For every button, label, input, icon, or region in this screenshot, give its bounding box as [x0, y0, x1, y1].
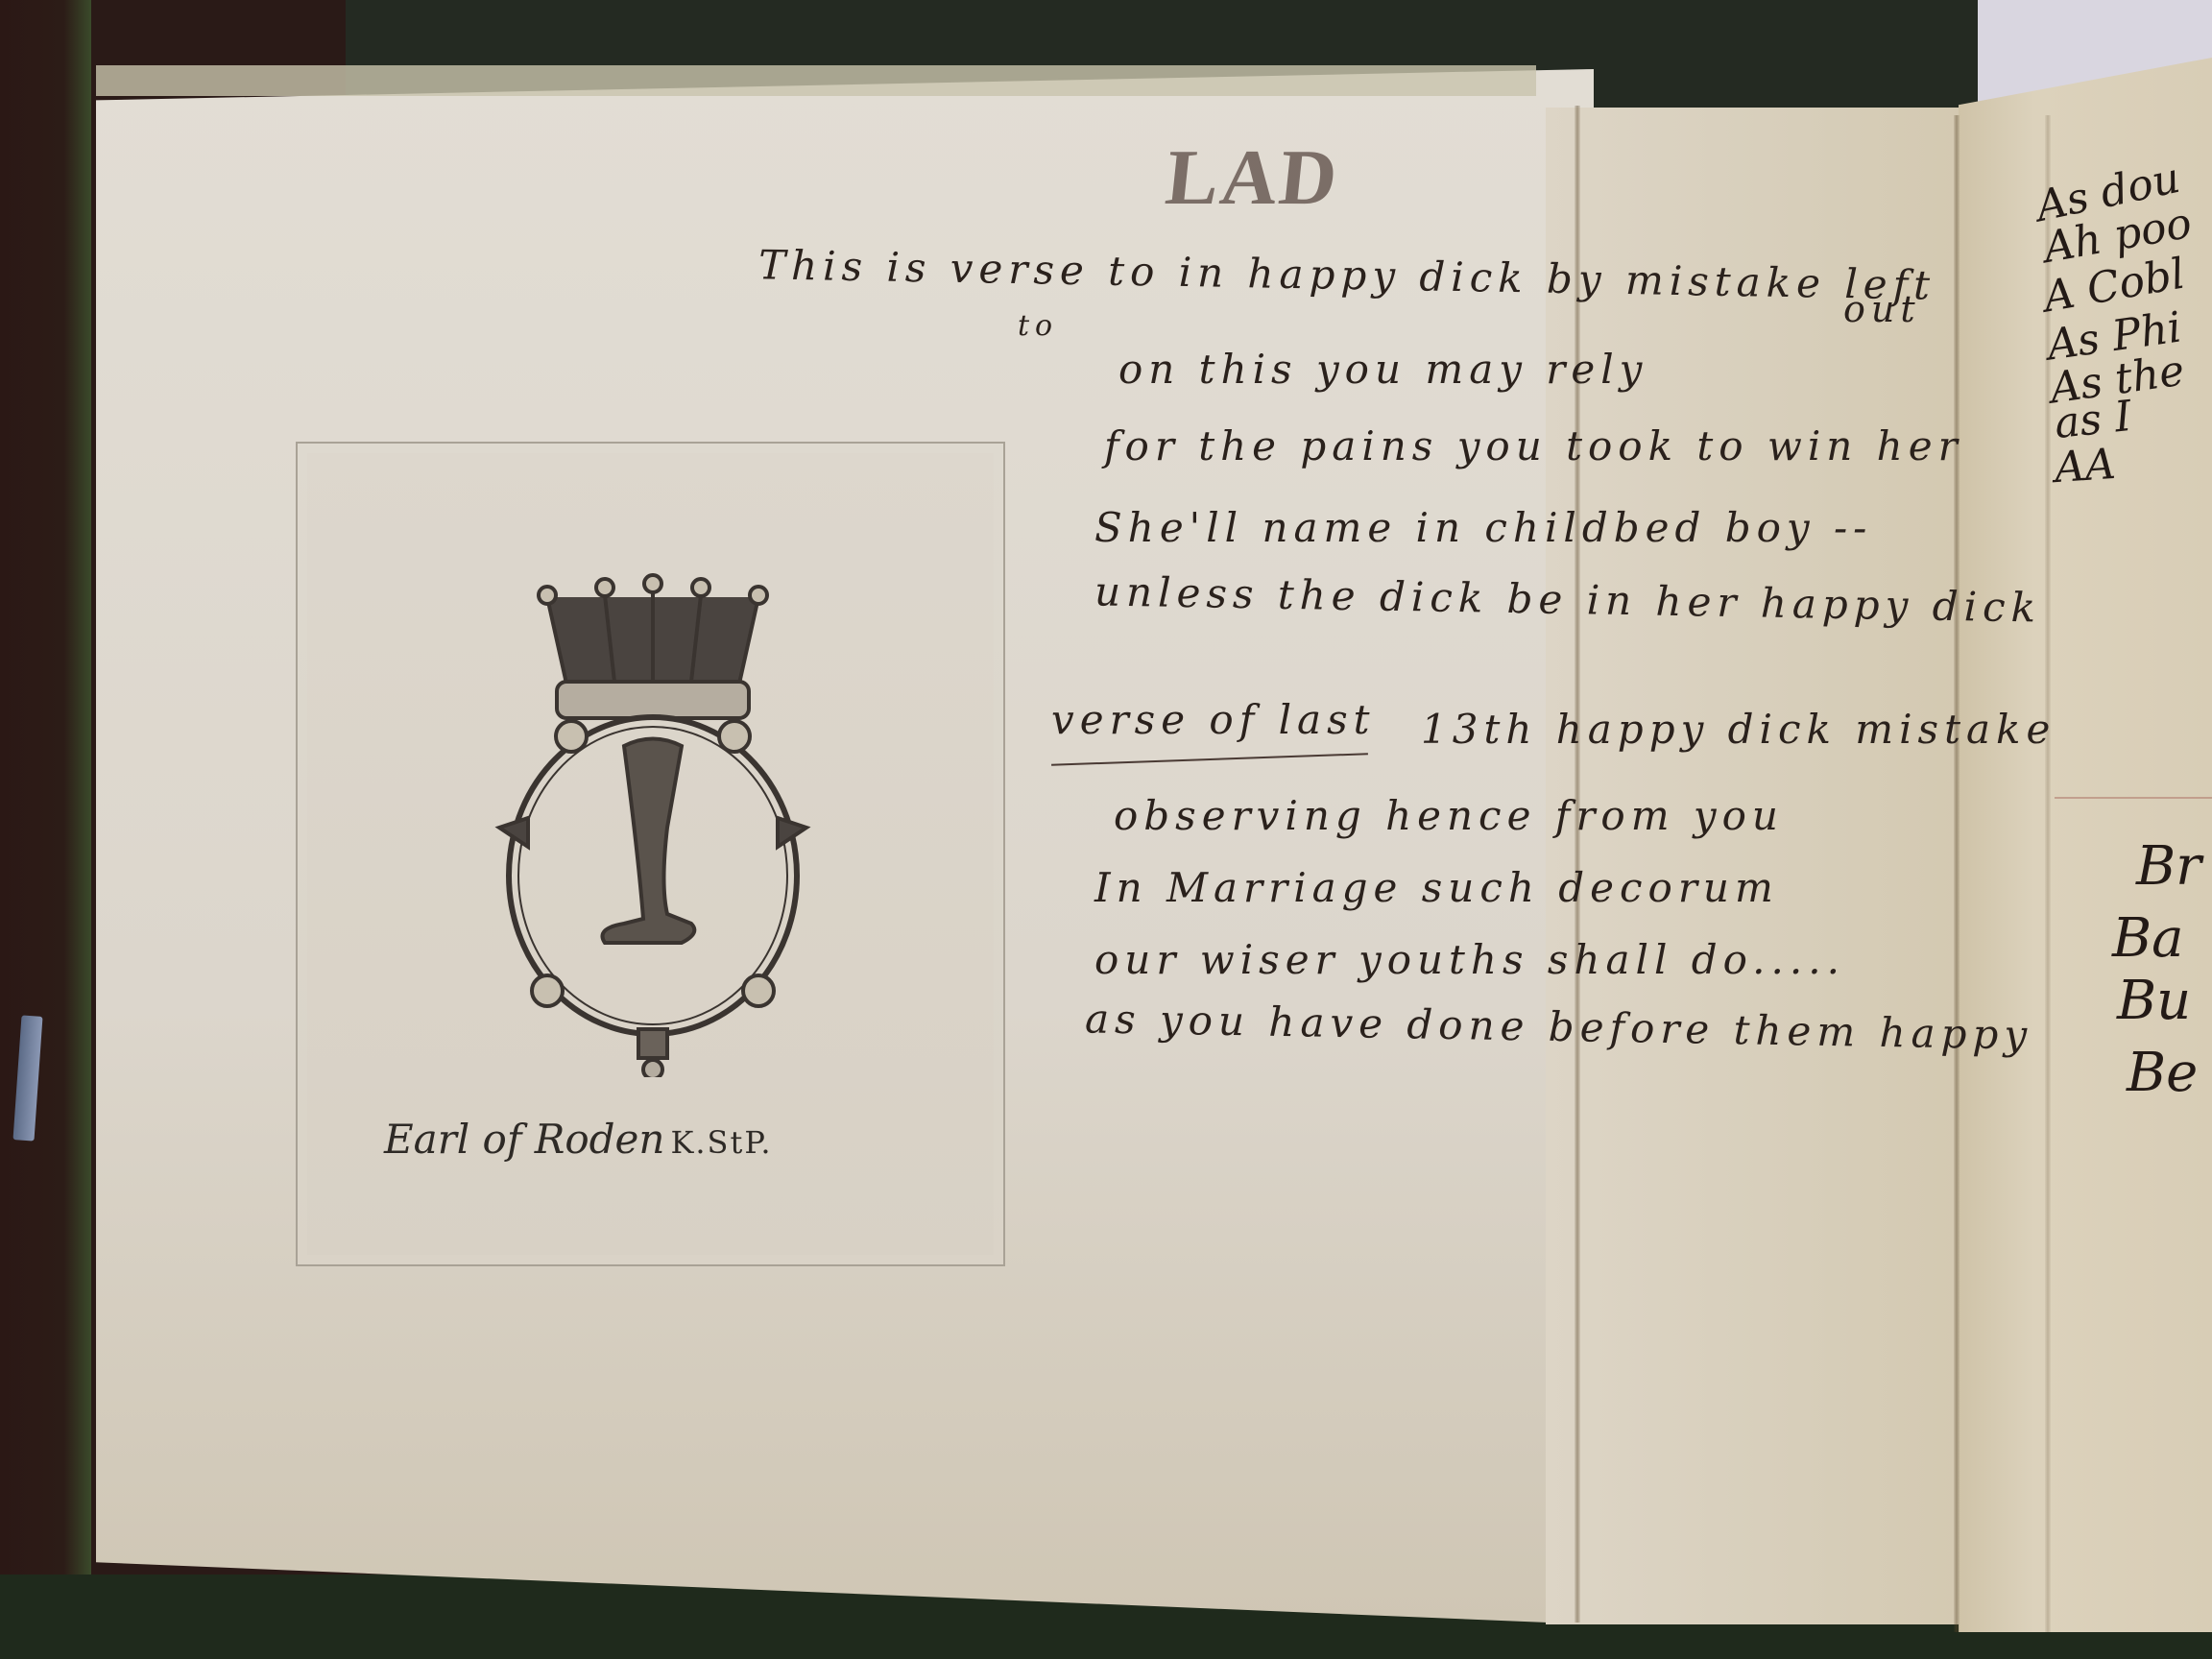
insertion-mark: to: [1018, 309, 1058, 343]
page-top-edge: [96, 65, 1536, 96]
right-line-11: Be: [2127, 1042, 2198, 1104]
stanza2-line-1: observing hence from you: [1114, 792, 1784, 839]
gutter-crease: [1954, 115, 1960, 1632]
bookplate-caption: Earl of RodenK.StP.: [384, 1116, 960, 1163]
right-line-6: as I: [2053, 392, 2134, 448]
stanza2-line-2: In Marriage such decorum: [1094, 864, 1779, 911]
right-line-10: Bu: [2117, 970, 2191, 1032]
stanza1-line-2: for the pains you took to win her: [1104, 422, 1963, 469]
right-line-7: AA: [2053, 440, 2117, 493]
right-line-9: Ba: [2112, 907, 2184, 970]
coronet-crest-icon: [403, 540, 902, 1077]
stanza1-line-1: on this you may rely: [1118, 346, 1647, 393]
section-ref: 13th happy dick mistake: [1421, 706, 2056, 753]
section-label: verse of last: [1051, 696, 1376, 743]
bookplate-suffix: K.StP.: [670, 1124, 772, 1161]
right-line-8: Br: [2136, 835, 2201, 898]
table-surface-left: [0, 0, 91, 1659]
manuscript-header-correction: out: [1843, 288, 1921, 330]
stanza1-line-3: She'll name in childbed boy --: [1094, 504, 1872, 551]
ownership-stamp: LAD: [1162, 132, 1343, 223]
bookplate-owner: Earl of Roden: [384, 1116, 664, 1163]
ruled-line: [2055, 797, 2212, 799]
bookplate: Earl of RodenK.StP.: [296, 442, 1005, 1266]
stanza2-line-3: our wiser youths shall do.....: [1094, 936, 1845, 983]
